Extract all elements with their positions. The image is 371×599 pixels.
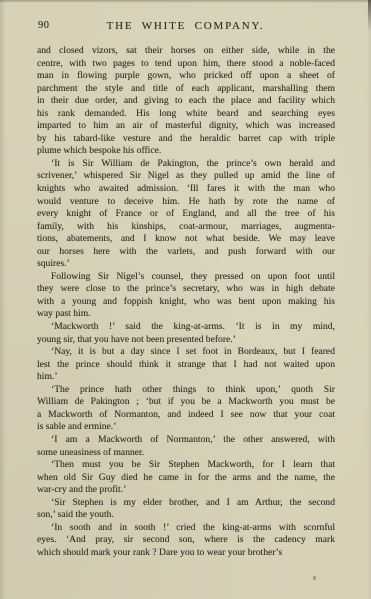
text-line: when old Sir Guy died he came in for the… — [37, 472, 335, 485]
text-line: ‘Nay, it is but a day since I set foot i… — [37, 346, 335, 359]
scan-speck — [313, 576, 316, 580]
book-page: 90 THE WHITE COMPANY. and closed vizors,… — [0, 0, 371, 599]
text-line: every knight of France or of England, an… — [37, 208, 335, 221]
text-line: ‘I am a Mackworth of Normanton,’ the oth… — [37, 434, 335, 447]
text-line: is sable and ermine.’ — [37, 421, 335, 434]
text-line: by his tabard-like vesture and the heral… — [37, 133, 335, 146]
paragraph: ‘Nay, it is but a day since I set foot i… — [37, 346, 335, 384]
text-line: ‘In sooth and in sooth !’ cried the king… — [37, 522, 335, 535]
text-line: knights who awaited admission. ‘Ill fare… — [37, 183, 335, 196]
text-line: our horses here with the varlets, and pu… — [37, 246, 335, 259]
text-line: which should mark your rank ? Dare you t… — [37, 547, 335, 560]
text-line: lest the prince should think it strange … — [37, 359, 335, 372]
paragraph: ‘The prince hath other things to think u… — [37, 384, 335, 434]
page-text: and closed vizors, sat their horses on e… — [37, 45, 335, 559]
text-line: with a young and foppish knight, who was… — [37, 296, 335, 309]
text-line: ‘Mackworth !’ said the king-at-arms. ‘It… — [37, 321, 335, 334]
text-line: son,’ said the youth. — [37, 509, 335, 522]
text-line: squires.’ — [37, 258, 335, 271]
paragraph: ‘Mackworth !’ said the king-at-arms. ‘It… — [37, 321, 335, 346]
paragraph: ‘Then must you be Sir Stephen Mackworth,… — [37, 459, 335, 497]
running-title: THE WHITE COMPANY. — [0, 20, 371, 32]
text-line: scrivener,’ whispered Sir Nigel as they … — [37, 170, 335, 183]
text-line: they were close to the prince’s secretar… — [37, 283, 335, 296]
text-line: young sir, that you have not been presen… — [37, 334, 335, 347]
text-line: him.’ — [37, 371, 335, 384]
text-line: plume which bespoke his office. — [37, 145, 335, 158]
text-line: his rank demanded. His long white beard … — [37, 108, 335, 121]
text-line: ‘It is Sir William de Pakington, the pri… — [37, 158, 335, 171]
text-line: war-cry and the profit.’ — [37, 484, 335, 497]
text-line: way past him. — [37, 308, 335, 321]
page-header: 90 THE WHITE COMPANY. — [0, 20, 371, 34]
text-line: ‘The prince hath other things to think u… — [37, 384, 335, 397]
text-line: centre, with two pages to tend upon him,… — [37, 58, 335, 71]
paragraph: and closed vizors, sat their horses on e… — [37, 45, 335, 158]
text-line: parchment the style and title of each ap… — [37, 83, 335, 96]
text-line: a Mackworth of Normanton, and indeed I s… — [37, 409, 335, 422]
paragraph: ‘I am a Mackworth of Normanton,’ the oth… — [37, 434, 335, 459]
paragraph: ‘In sooth and in sooth !’ cried the king… — [37, 522, 335, 560]
text-line: would venture to deceive him. He hath by… — [37, 196, 335, 209]
text-line: in their due order, and giving to each t… — [37, 95, 335, 108]
text-line: and closed vizors, sat their horses on e… — [37, 45, 335, 58]
paragraph: ‘It is Sir William de Pakington, the pri… — [37, 158, 335, 271]
text-line: ‘Then must you be Sir Stephen Mackworth,… — [37, 459, 335, 472]
text-line: some uneasiness of manner. — [37, 447, 335, 460]
paragraph: Following Sir Nigel’s counsel, they pres… — [37, 271, 335, 321]
text-line: imparted to him an air of masterful dign… — [37, 120, 335, 133]
text-line: ‘Sir Stephen is my elder brother, and I … — [37, 497, 335, 510]
text-line: tions, abatements, and I know not what b… — [37, 233, 335, 246]
text-line: William de Pakington ; ‘but if you be a … — [37, 396, 335, 409]
paragraph: ‘Sir Stephen is my elder brother, and I … — [37, 497, 335, 522]
text-line: family, with his kinships, coat-armour, … — [37, 221, 335, 234]
text-line: man in flowing purple gown, who pricked … — [37, 70, 335, 83]
text-line: Following Sir Nigel’s counsel, they pres… — [37, 271, 335, 284]
text-line: eyes. ‘And pray, sir second son, where i… — [37, 534, 335, 547]
